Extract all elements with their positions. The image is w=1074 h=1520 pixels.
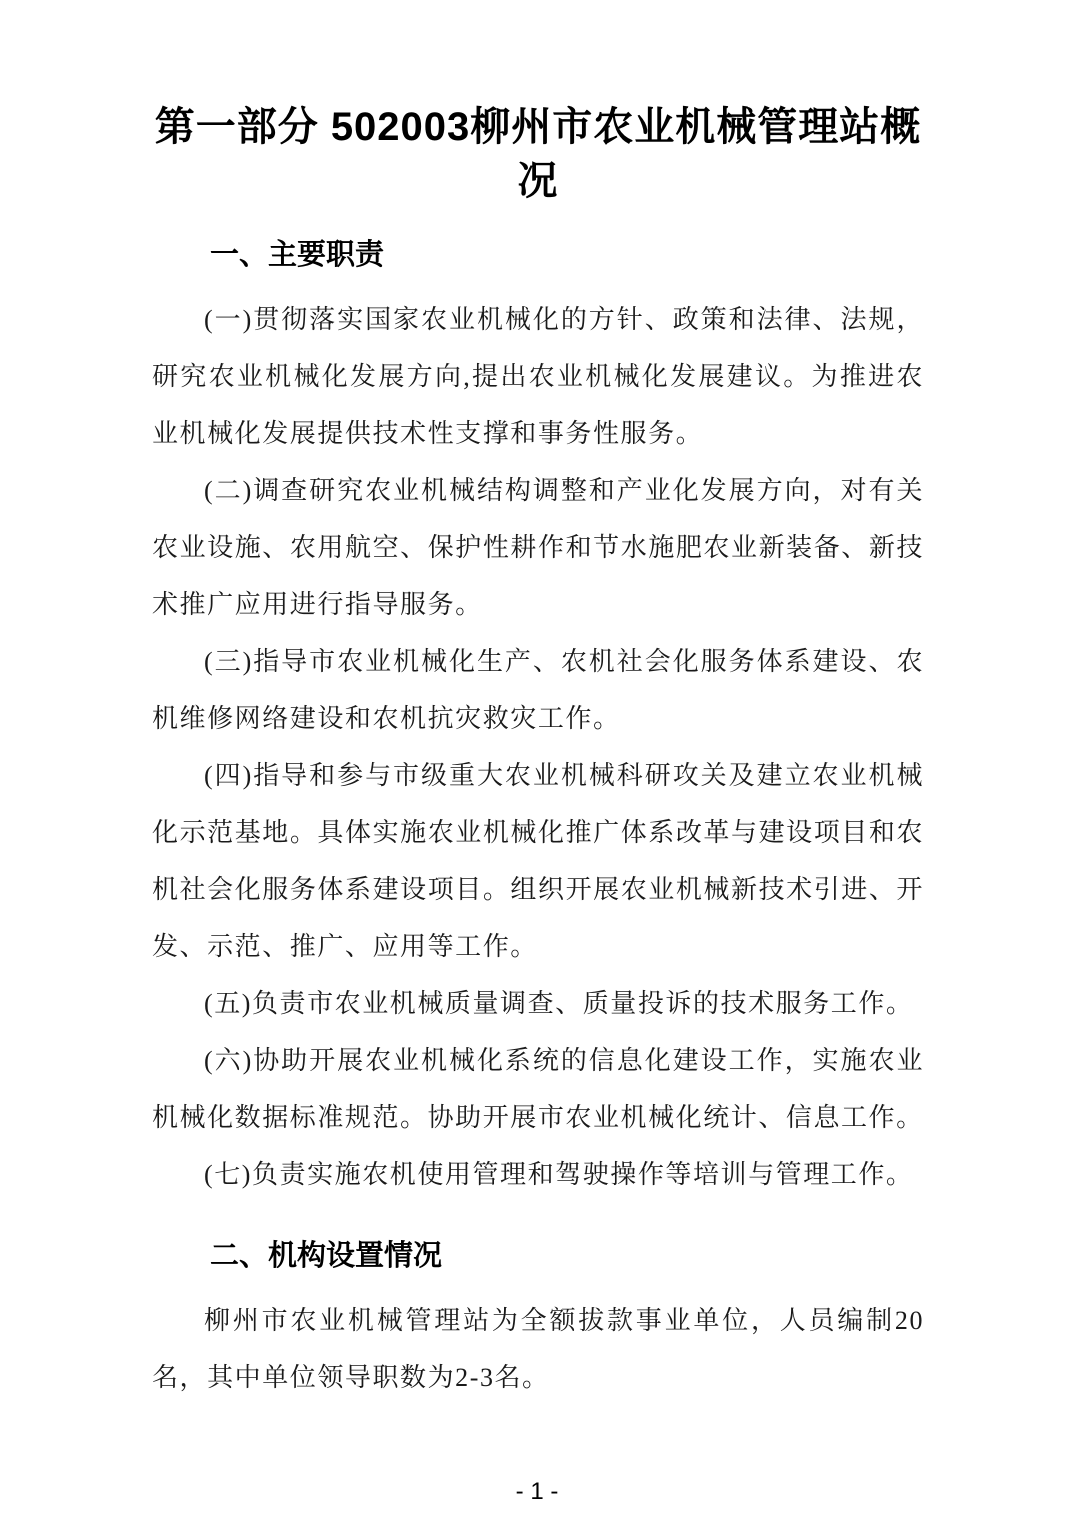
- paragraph-duty-7: (七)负责实施农机使用管理和驾驶操作等培训与管理工作。: [152, 1146, 924, 1203]
- paragraph-duty-5: (五)负责市农业机械质量调查、质量投诉的技术服务工作。: [152, 975, 924, 1032]
- section-heading-main-duties: 一、主要职责: [152, 238, 924, 273]
- paragraph-organization: 柳州市农业机械管理站为全额拔款事业单位，人员编制20名，其中单位领导职数为2-3…: [152, 1292, 924, 1406]
- paragraph-duty-3: (三)指导市农业机械化生产、农机社会化服务体系建设、农机维修网络建设和农机抗灾救…: [152, 633, 924, 747]
- paragraph-duty-1: (一)贯彻落实国家农业机械化的方针、政策和法律、法规，研究农业机械化发展方向,提…: [152, 291, 924, 462]
- document-page: 第一部分 502003柳州市农业机械管理站概况 一、主要职责 (一)贯彻落实国家…: [0, 0, 1074, 1520]
- section-body-main-duties: (一)贯彻落实国家农业机械化的方针、政策和法律、法规，研究农业机械化发展方向,提…: [152, 291, 924, 1203]
- paragraph-duty-4: (四)指导和参与市级重大农业机械科研攻关及建立农业机械化示范基地。具体实施农业机…: [152, 747, 924, 975]
- section-body-organization-setup: 柳州市农业机械管理站为全额拔款事业单位，人员编制20名，其中单位领导职数为2-3…: [152, 1292, 924, 1406]
- page-number: - 1 -: [0, 1478, 1074, 1506]
- paragraph-duty-6: (六)协助开展农业机械化系统的信息化建设工作，实施农业机械化数据标准规范。协助开…: [152, 1032, 924, 1146]
- document-title: 第一部分 502003柳州市农业机械管理站概况: [152, 100, 924, 208]
- paragraph-duty-2: (二)调查研究农业机械结构调整和产业化发展方向，对有关农业设施、农用航空、保护性…: [152, 462, 924, 633]
- section-heading-organization-setup: 二、机构设置情况: [152, 1239, 924, 1274]
